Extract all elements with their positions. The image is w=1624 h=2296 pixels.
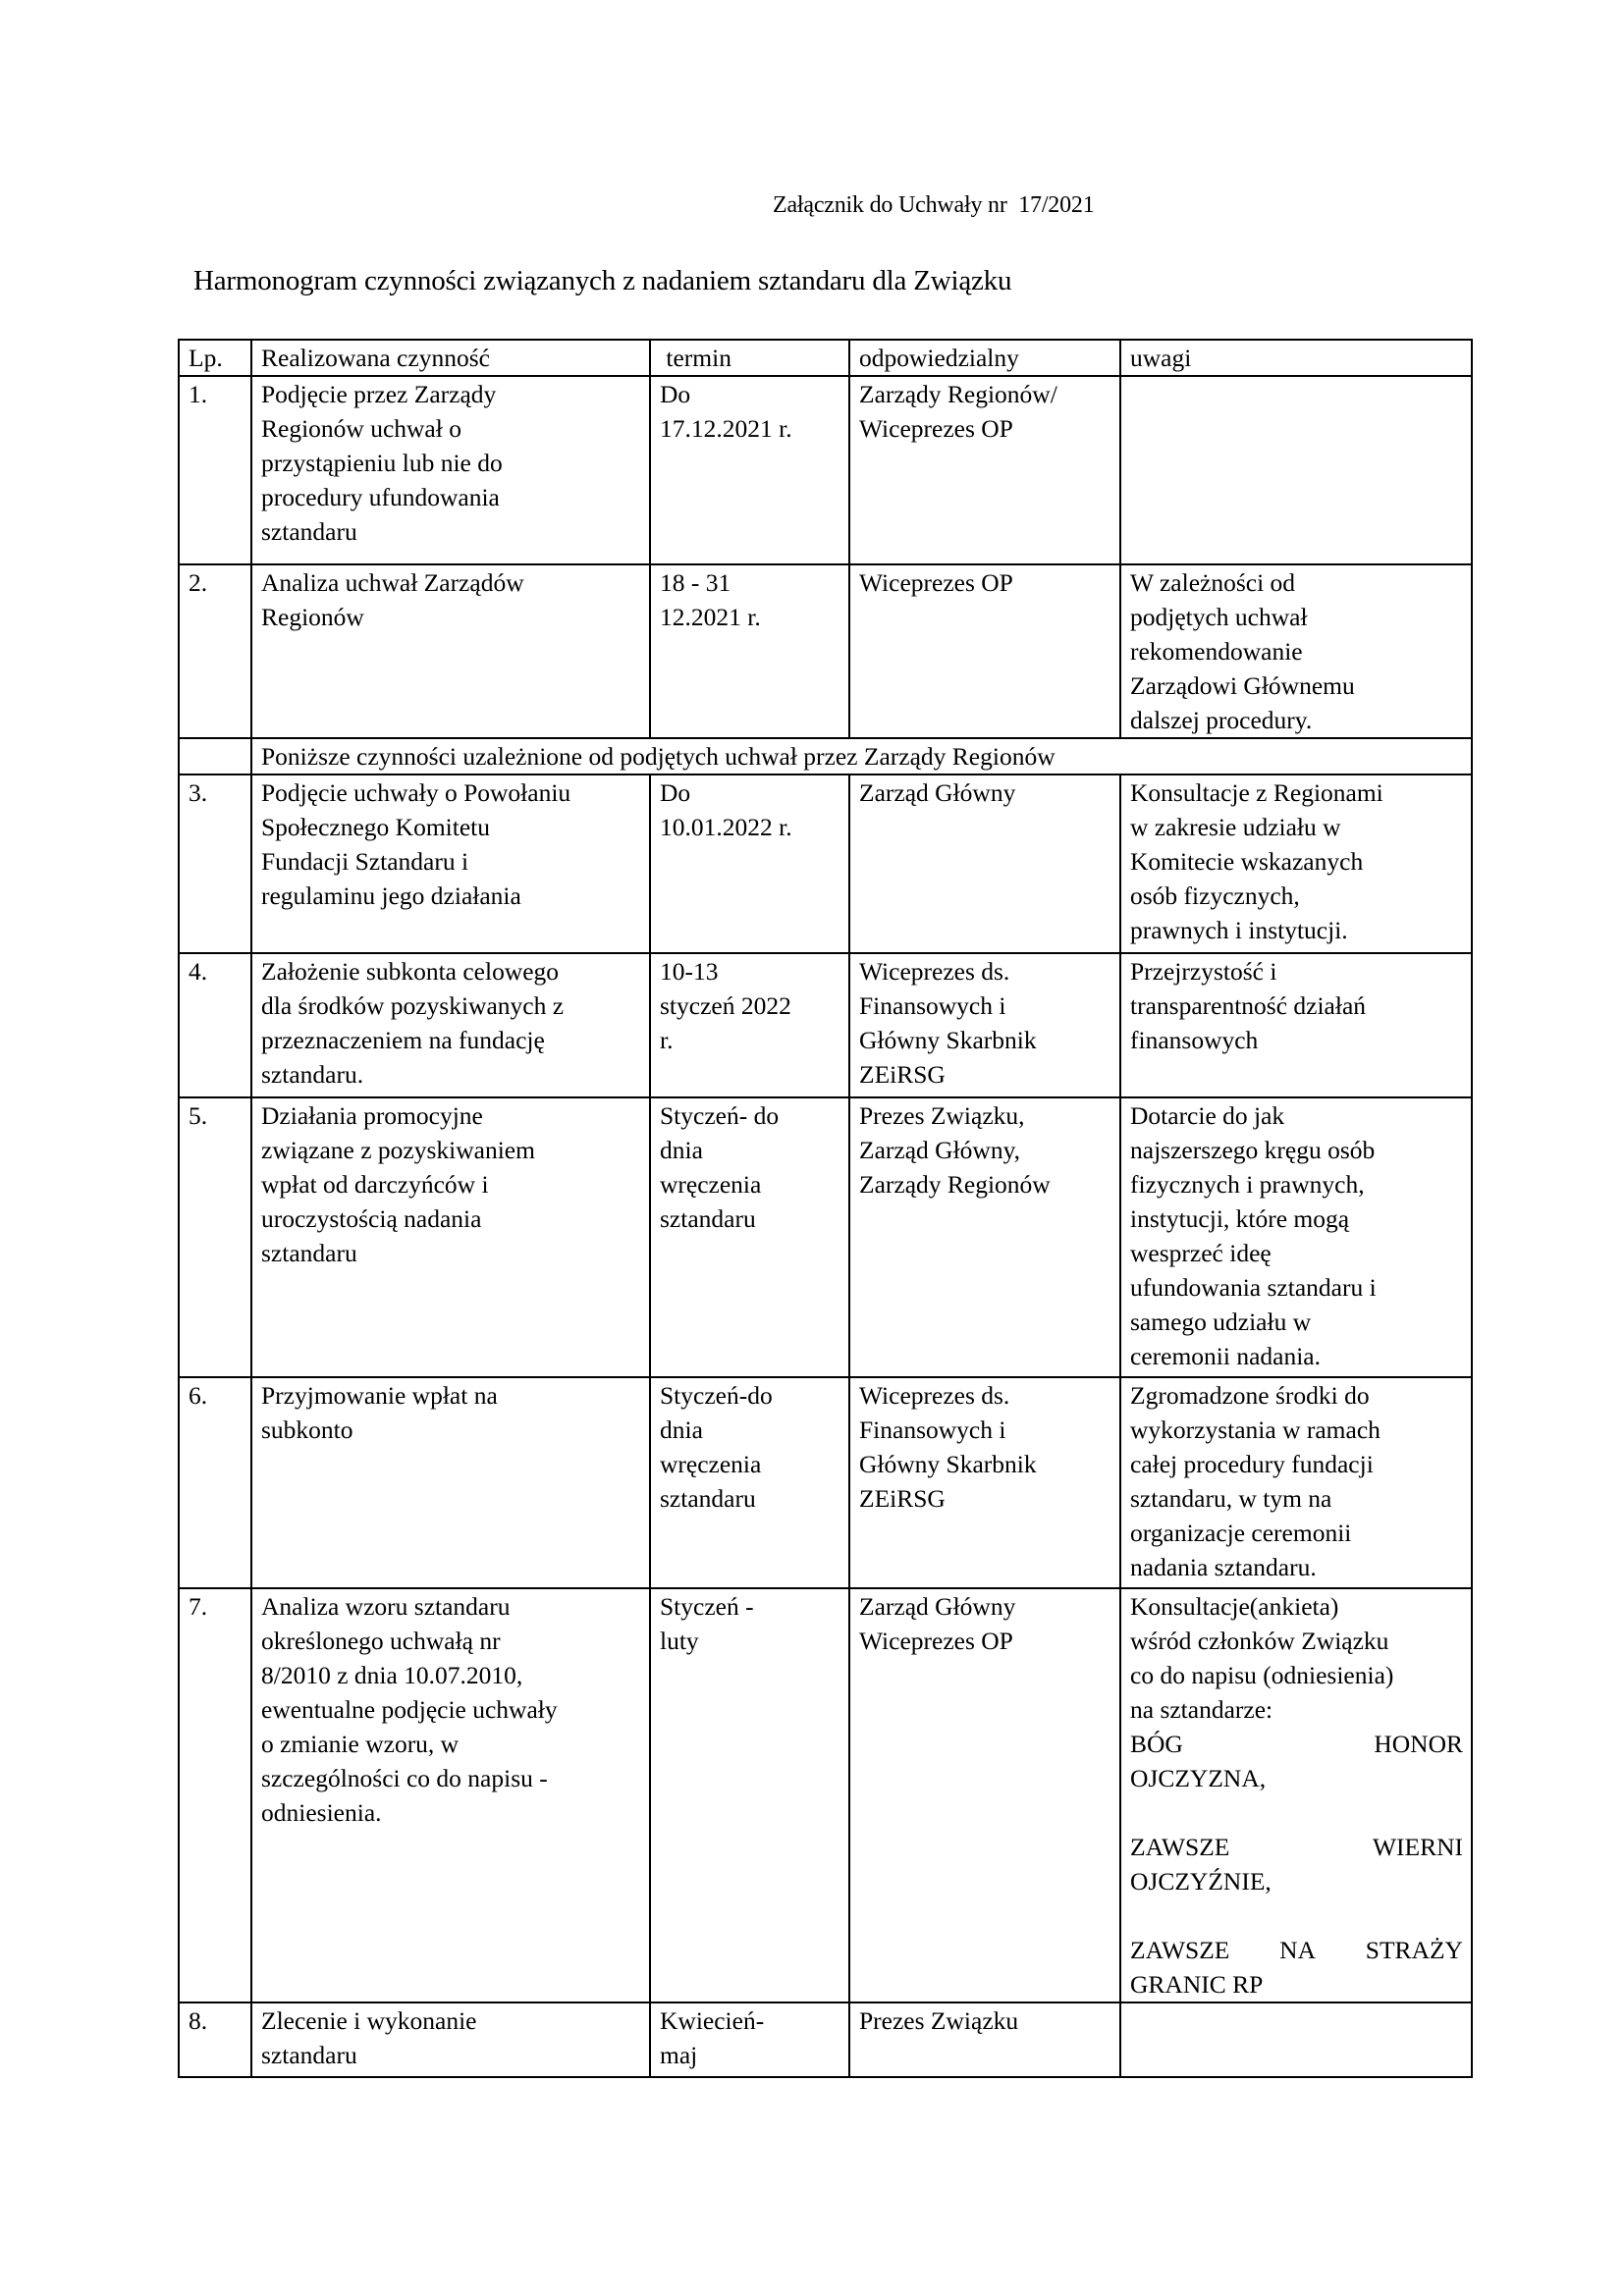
cell-line: Komitecie wskazanych	[1130, 844, 1463, 879]
cell-line: rekomendowanie	[1130, 634, 1463, 668]
cell-line: Styczeń- do	[660, 1098, 840, 1133]
cell-line: maj	[660, 2038, 840, 2072]
cell-line: sztandaru	[660, 1201, 840, 1236]
cell-line: organizacje ceremonii	[1130, 1516, 1463, 1550]
cell-line: Przejrzystość i	[1130, 954, 1463, 988]
table-row: 3.Podjęcie uchwały o PowołaniuSpołeczneg…	[179, 774, 1472, 953]
cell-line: styczeń 2022	[660, 988, 840, 1023]
activity-cell: Analiza wzoru sztandaruokreślonego uchwa…	[251, 1588, 650, 2002]
cell-line: w zakresie udziału w	[1130, 810, 1463, 844]
cell-line: 17.12.2021 r.	[660, 411, 840, 446]
term-cell: 18 - 3112.2021 r.	[650, 564, 849, 738]
term-cell: Do10.01.2022 r.	[650, 774, 849, 953]
cell-line: ufundowania sztandaru i	[1130, 1270, 1463, 1305]
activity-cell: Analiza uchwał ZarządówRegionów	[251, 564, 650, 738]
cell-line: 10-13	[660, 954, 840, 988]
cell-line: Konsultacje(ankieta)	[1130, 1589, 1463, 1624]
cell-line: Główny Skarbnik	[859, 1447, 1111, 1481]
table-row: 2.Analiza uchwał ZarządówRegionów18 - 31…	[179, 564, 1472, 738]
cell-line: procedury ufundowania	[261, 480, 641, 514]
cell-line: finansowych	[1130, 1023, 1463, 1057]
cell-line: Wiceprezes ds.	[859, 1378, 1111, 1413]
cell-line: Kwiecień-	[660, 2003, 840, 2038]
cell-line: sztandaru, w tym na	[1130, 1481, 1463, 1516]
cell-line: Główny Skarbnik	[859, 1023, 1111, 1057]
motto-line: ZAWSZENASTRAŻY	[1130, 1933, 1463, 1967]
cell-line: regulaminu jego działania	[261, 879, 641, 913]
cell-line: Konsultacje z Regionami	[1130, 775, 1463, 810]
cell-line: sztandaru	[261, 2038, 641, 2072]
table-row: 8.Zlecenie i wykonaniesztandaruKwiecień-…	[179, 2002, 1472, 2077]
cell-line: ewentualne podjęcie uchwały	[261, 1692, 641, 1727]
note-lp-cell	[179, 738, 251, 774]
table-row: 5.Działania promocyjnezwiązane z pozyski…	[179, 1097, 1472, 1377]
cell-line: dnia	[660, 1133, 840, 1167]
cell-line: ZEiRSG	[859, 1481, 1111, 1516]
term-cell: Styczeń -luty	[650, 1588, 849, 2002]
cell-line: Analiza wzoru sztandaru	[261, 1589, 641, 1624]
notes-cell	[1120, 376, 1472, 564]
activity-cell: Założenie subkonta celowegodla środków p…	[251, 953, 650, 1097]
cell-line: związane z pozyskiwaniem	[261, 1133, 641, 1167]
cell-line: sztandaru	[261, 1236, 641, 1270]
cell-line: Fundacji Sztandaru i	[261, 844, 641, 879]
note-text: Poniższe czynności uzależnione od podjęt…	[251, 738, 1472, 774]
cell-line: Zarząd Główny	[859, 1589, 1111, 1624]
blank-line	[1130, 1898, 1463, 1933]
cell-line: Zgromadzone środki do	[1130, 1378, 1463, 1413]
cell-line: Zarząd Główny,	[859, 1133, 1111, 1167]
row-number: 1.	[179, 376, 251, 564]
cell-line: instytucji, które mogą	[1130, 1201, 1463, 1236]
responsible-cell: Prezes Związku,Zarząd Główny,Zarządy Reg…	[849, 1097, 1120, 1377]
cell-line: o zmianie wzoru, w	[261, 1727, 641, 1761]
motto-word: HONOR	[1374, 1727, 1463, 1761]
cell-line: co do napisu (odniesienia)	[1130, 1658, 1463, 1692]
cell-line: wręczenia	[660, 1167, 840, 1201]
cell-line: transparentność działań	[1130, 988, 1463, 1023]
header-term: termin	[650, 340, 849, 376]
cell-line: Regionów	[261, 600, 641, 634]
row-number: 2.	[179, 564, 251, 738]
table-header-row: Lp. Realizowana czynność termin odpowied…	[179, 340, 1472, 376]
cell-line: Wiceprezes OP	[859, 565, 1111, 600]
cell-line: Analiza uchwał Zarządów	[261, 565, 641, 600]
motto-line: OJCZYZNA,	[1130, 1761, 1463, 1795]
cell-line: wśród członków Związku	[1130, 1624, 1463, 1658]
cell-line: prawnych i instytucji.	[1130, 913, 1463, 947]
cell-line: Wiceprezes OP	[859, 1624, 1111, 1658]
responsible-cell: Zarząd GłównyWiceprezes OP	[849, 1588, 1120, 2002]
cell-line: całej procedury fundacji	[1130, 1447, 1463, 1481]
cell-line: 18 - 31	[660, 565, 840, 600]
annex-label: Załącznik do Uchwały nr 17/2021	[773, 192, 1095, 219]
motto-word: STRAŻY	[1366, 1933, 1463, 1967]
term-cell: Styczeń- dodniawręczeniasztandaru	[650, 1097, 849, 1377]
responsible-cell: Wiceprezes ds.Finansowych iGłówny Skarbn…	[849, 953, 1120, 1097]
cell-line: szczególności co do napisu -	[261, 1761, 641, 1795]
cell-line: Przyjmowanie wpłat na	[261, 1378, 641, 1413]
notes-cell: Konsultacje(ankieta)wśród członków Związ…	[1120, 1588, 1472, 2002]
cell-line: Zarządowi Głównemu	[1130, 668, 1463, 703]
term-cell: Styczeń-dodniawręczeniasztandaru	[650, 1377, 849, 1588]
motto-line: ZAWSZEWIERNI	[1130, 1830, 1463, 1864]
cell-line: sztandaru	[261, 514, 641, 549]
cell-line: Do	[660, 775, 840, 810]
notes-cell: Dotarcie do jaknajszerszego kręgu osóbfi…	[1120, 1097, 1472, 1377]
cell-line: określonego uchwałą nr	[261, 1624, 641, 1658]
cell-line: ZEiRSG	[859, 1057, 1111, 1092]
row-number: 4.	[179, 953, 251, 1097]
header-responsible: odpowiedzialny	[849, 340, 1120, 376]
cell-line: Podjęcie uchwały o Powołaniu	[261, 775, 641, 810]
cell-line: na sztandarze:	[1130, 1692, 1463, 1727]
notes-cell: Przejrzystość itransparentność działańfi…	[1120, 953, 1472, 1097]
motto-word: BÓG	[1130, 1727, 1183, 1761]
row-number: 7.	[179, 1588, 251, 2002]
cell-line: Do	[660, 377, 840, 411]
activity-cell: Podjęcie uchwały o PowołaniuSpołecznego …	[251, 774, 650, 953]
row-number: 6.	[179, 1377, 251, 1588]
cell-line: sztandaru	[660, 1481, 840, 1516]
activity-cell: Podjęcie przez ZarządyRegionów uchwał op…	[251, 376, 650, 564]
cell-line: fizycznych i prawnych,	[1130, 1167, 1463, 1201]
notes-cell	[1120, 2002, 1472, 2077]
responsible-cell: Zarządy Regionów/Wiceprezes OP	[849, 376, 1120, 564]
cell-line: przystąpieniu lub nie do	[261, 446, 641, 480]
activity-cell: Działania promocyjnezwiązane z pozyskiwa…	[251, 1097, 650, 1377]
cell-line: wręczenia	[660, 1447, 840, 1481]
cell-line: Zarząd Główny	[859, 775, 1111, 810]
cell-line: uroczystością nadania	[261, 1201, 641, 1236]
responsible-cell: Wiceprezes OP	[849, 564, 1120, 738]
notes-cell: Zgromadzone środki dowykorzystania w ram…	[1120, 1377, 1472, 1588]
row-number: 8.	[179, 2002, 251, 2077]
motto-word: ZAWSZE	[1130, 1933, 1229, 1967]
cell-line: nadania sztandaru.	[1130, 1550, 1463, 1584]
cell-line: wykorzystania w ramach	[1130, 1413, 1463, 1447]
responsible-cell: Prezes Związku	[849, 2002, 1120, 2077]
cell-line: sztandaru.	[261, 1057, 641, 1092]
activity-cell: Zlecenie i wykonaniesztandaru	[251, 2002, 650, 2077]
cell-line: ceremonii nadania.	[1130, 1339, 1463, 1373]
document-title: Harmonogram czynności związanych z nadan…	[193, 265, 1011, 297]
cell-line: osób fizycznych,	[1130, 879, 1463, 913]
cell-line: luty	[660, 1624, 840, 1658]
cell-line: 8/2010 z dnia 10.07.2010,	[261, 1658, 641, 1692]
cell-line: Zarządy Regionów/	[859, 377, 1111, 411]
motto-line: GRANIC RP	[1130, 1967, 1463, 2002]
cell-line: 10.01.2022 r.	[660, 810, 840, 844]
cell-line: Prezes Związku	[859, 2003, 1111, 2038]
cell-line: r.	[660, 1023, 840, 1057]
cell-line: podjętych uchwał	[1130, 600, 1463, 634]
cell-line: przeznaczeniem na fundację	[261, 1023, 641, 1057]
table-note-row: Poniższe czynności uzależnione od podjęt…	[179, 738, 1472, 774]
cell-line: Finansowych i	[859, 988, 1111, 1023]
cell-line: Zarządy Regionów	[859, 1167, 1111, 1201]
term-cell: 10-13styczeń 2022r.	[650, 953, 849, 1097]
table-row: 4.Założenie subkonta celowegodla środków…	[179, 953, 1472, 1097]
cell-line: Działania promocyjne	[261, 1098, 641, 1133]
notes-cell: W zależności odpodjętych uchwałrekomendo…	[1120, 564, 1472, 738]
cell-line: Społecznego Komitetu	[261, 810, 641, 844]
activity-cell: Przyjmowanie wpłat nasubkonto	[251, 1377, 650, 1588]
cell-line: Styczeń-do	[660, 1378, 840, 1413]
responsible-cell: Wiceprezes ds.Finansowych iGłówny Skarbn…	[849, 1377, 1120, 1588]
cell-line: Wiceprezes ds.	[859, 954, 1111, 988]
cell-line: subkonto	[261, 1413, 641, 1447]
motto-word: WIERNI	[1373, 1830, 1463, 1864]
cell-line: Podjęcie przez Zarządy	[261, 377, 641, 411]
cell-line: Wiceprezes OP	[859, 411, 1111, 446]
cell-line: odniesienia.	[261, 1795, 641, 1830]
cell-line: dnia	[660, 1413, 840, 1447]
motto-line: OJCZYŹNIE,	[1130, 1864, 1463, 1898]
cell-line: Założenie subkonta celowego	[261, 954, 641, 988]
term-cell: Kwiecień-maj	[650, 2002, 849, 2077]
table-row: 6.Przyjmowanie wpłat nasubkontoStyczeń-d…	[179, 1377, 1472, 1588]
cell-line: najszerszego kręgu osób	[1130, 1133, 1463, 1167]
responsible-cell: Zarząd Główny	[849, 774, 1120, 953]
motto-line: BÓGHONOR	[1130, 1727, 1463, 1761]
cell-line: Dotarcie do jak	[1130, 1098, 1463, 1133]
header-lp: Lp.	[179, 340, 251, 376]
motto-word: NA	[1279, 1933, 1316, 1967]
cell-line: Finansowych i	[859, 1413, 1111, 1447]
term-cell: Do17.12.2021 r.	[650, 376, 849, 564]
schedule-table: Lp. Realizowana czynność termin odpowied…	[178, 339, 1473, 2078]
header-notes: uwagi	[1120, 340, 1472, 376]
notes-cell: Konsultacje z Regionamiw zakresie udział…	[1120, 774, 1472, 953]
cell-line: Regionów uchwał o	[261, 411, 641, 446]
table-row: 1.Podjęcie przez ZarządyRegionów uchwał …	[179, 376, 1472, 564]
cell-line: dalszej procedury.	[1130, 703, 1463, 737]
cell-line: 12.2021 r.	[660, 600, 840, 634]
cell-line: dla środków pozyskiwanych z	[261, 988, 641, 1023]
cell-line: Styczeń -	[660, 1589, 840, 1624]
table-row: 7.Analiza wzoru sztandaruokreślonego uch…	[179, 1588, 1472, 2002]
cell-line: W zależności od	[1130, 565, 1463, 600]
blank-line	[1130, 1795, 1463, 1830]
row-number: 3.	[179, 774, 251, 953]
cell-line: Zlecenie i wykonanie	[261, 2003, 641, 2038]
cell-line: wesprzeć ideę	[1130, 1236, 1463, 1270]
cell-line: wpłat od darczyńców i	[261, 1167, 641, 1201]
row-number: 5.	[179, 1097, 251, 1377]
header-activity: Realizowana czynność	[251, 340, 650, 376]
cell-line: Prezes Związku,	[859, 1098, 1111, 1133]
cell-line: samego udziału w	[1130, 1305, 1463, 1339]
motto-word: ZAWSZE	[1130, 1830, 1229, 1864]
